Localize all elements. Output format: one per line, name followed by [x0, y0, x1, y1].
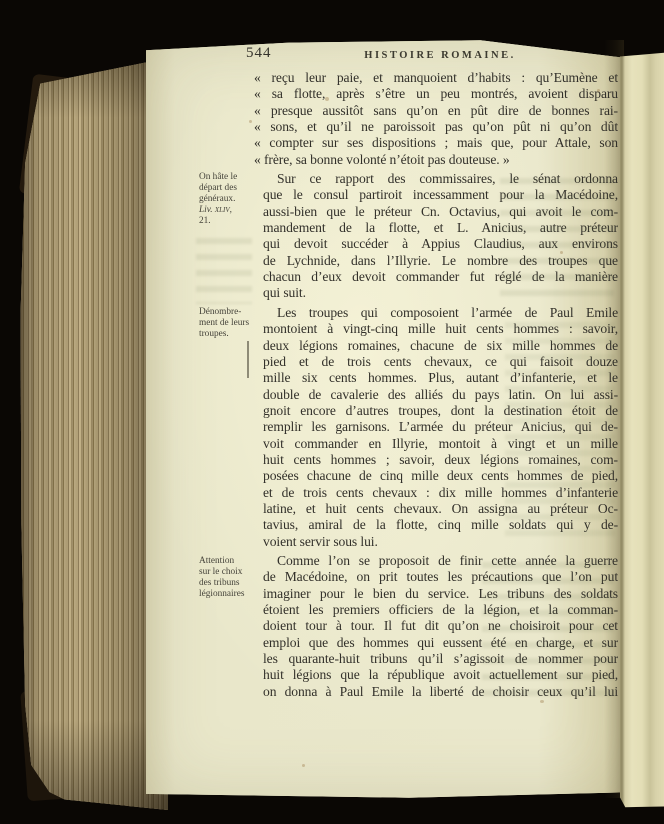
- show-through-smudge: [482, 562, 614, 698]
- text-line: « presque aussitôt sans qu’on en pût dir…: [254, 103, 618, 119]
- margin-note-line: départ des: [199, 183, 259, 194]
- foxing-spot: [302, 764, 305, 767]
- margin-note-line: des tribuns: [199, 578, 259, 589]
- foxing-spot: [249, 120, 252, 123]
- margin-note-line: 21.: [199, 216, 259, 227]
- foxing-spot: [540, 700, 544, 703]
- margin-note-line: On hâte le: [199, 172, 259, 183]
- margin-note-line: Liv. xliv,: [199, 205, 259, 216]
- margin-note-depart: On hâte ledépart desgénéraux.Liv. xliv,2…: [199, 172, 259, 227]
- pencil-mark: [247, 341, 249, 378]
- book-fore-edge-pages: [16, 58, 168, 810]
- text-line: « sons, et qu’il ne paroissoit pas qu’on…: [254, 119, 618, 135]
- book-photo: 544 HISTOIRE ROMAINE. On hâte ledépart d…: [0, 0, 664, 824]
- show-through-smudge: [196, 238, 252, 304]
- foxing-spot: [597, 89, 600, 92]
- text-line: « sa flotte, après s’être un peu montrés…: [254, 86, 618, 102]
- margin-note-line: légionnaires: [199, 589, 259, 600]
- margin-note-line: généraux.: [199, 194, 259, 205]
- foxing-spot: [325, 97, 329, 101]
- margin-note-line: ment de leurs: [199, 318, 259, 329]
- margin-note-line: troupes.: [199, 329, 259, 340]
- margin-note-denombrement: Dénombre-ment de leurstroupes.: [199, 307, 259, 340]
- show-through-smudge: [505, 322, 615, 537]
- margin-note-line: Dénombre-: [199, 307, 259, 318]
- text-line: « reçu leur paie, et manquoient d’habits…: [254, 70, 618, 86]
- text-line: Les troupes qui composoient l’armée de P…: [254, 305, 618, 321]
- facing-page-edge: [620, 52, 664, 808]
- margin-note-line: sur le choix: [199, 567, 259, 578]
- paragraph: « reçu leur paie, et manquoient d’habits…: [254, 70, 618, 168]
- margin-note-line: Attention: [199, 556, 259, 567]
- page-number: 544: [246, 45, 272, 62]
- show-through-smudge: [500, 178, 614, 304]
- running-title: HISTOIRE ROMAINE.: [360, 50, 520, 61]
- text-line: « compter sur ses dispositions ; mais qu…: [254, 135, 618, 151]
- margin-note-attention: Attentionsur le choixdes tribunslégionna…: [199, 556, 259, 600]
- text-line: « frère, sa bonne volonté n’étoit pas do…: [254, 152, 618, 168]
- foxing-spot: [560, 251, 563, 254]
